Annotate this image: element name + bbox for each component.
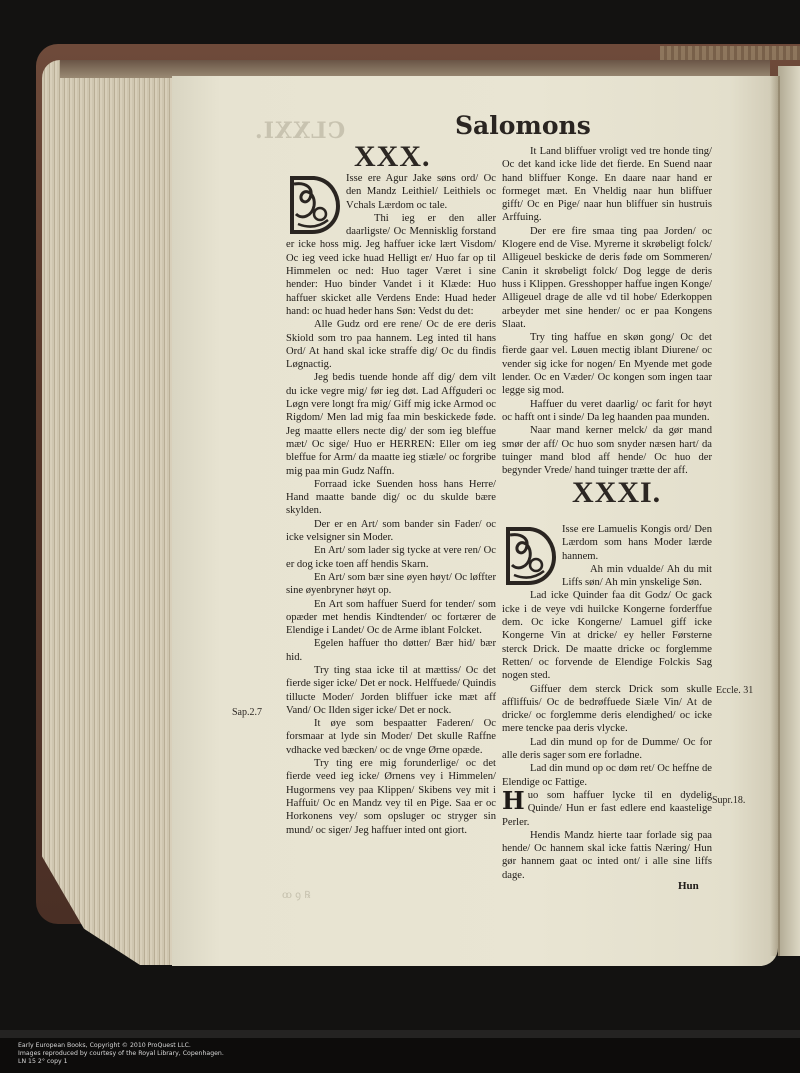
running-head: Salomons: [455, 111, 591, 140]
copyright-footer: Early European Books, Copyright © 2010 P…: [18, 1042, 224, 1066]
show-through-folio: CLXXI.: [254, 118, 345, 144]
paragraph: Try ting haffue en skøn gong/ Oc det fie…: [502, 331, 712, 397]
drop-cap-d-icon: [284, 174, 340, 236]
right-column-bottom: Isse ere Lamuelis Kongis ord/ Den Lærdom…: [502, 523, 712, 882]
catchword: Hun: [678, 880, 699, 892]
paragraph: It Land bliffuer vroligt ved tre honde t…: [502, 145, 712, 225]
ornamental-initial-d-icon: [500, 525, 556, 587]
chapter-heading-31: XXXI.: [572, 476, 661, 510]
paragraph-text: uo som haffuer lycke til en dydelig Quin…: [502, 790, 712, 828]
margin-note-supr: Supr.18.: [712, 795, 745, 806]
paragraph: Try ting staa icke til at mættiss/ Oc de…: [286, 664, 496, 717]
small-initial-h: H: [502, 790, 525, 812]
footer-line-1: Early European Books, Copyright © 2010 P…: [18, 1042, 224, 1050]
paragraph: En Art som haffuer Suerd for tender/ som…: [286, 598, 496, 638]
paragraph: It øye som bespaatter Faderen/ Oc forsma…: [286, 717, 496, 757]
paragraph: Try ting ere mig forunderlige/ oc det fi…: [286, 757, 496, 837]
drop-cap-d-icon: [500, 525, 556, 587]
gutter-shadow: [770, 76, 780, 956]
paragraph: Alle Gudz ord ere rene/ Oc de ere deris …: [286, 318, 496, 371]
paragraph: Lad din mund op for de Dumme/ Oc for all…: [502, 736, 712, 763]
paragraph: Der er en Art/ som bander sin Fader/ oc …: [286, 518, 496, 545]
paragraph: Lad icke Quinder faa dit Godz/ Oc gack i…: [502, 589, 712, 682]
paragraph: Naar mand kerner melck/ da gør mand smør…: [502, 424, 712, 477]
margin-note-sap: Sap.2.7: [232, 707, 262, 718]
footer-line-2: Images reproduced by courtesy of the Roy…: [18, 1050, 224, 1058]
facing-page-edge: [778, 66, 800, 956]
ornamental-initial-d-icon: [284, 174, 340, 236]
left-column: Isse ere Agur Jake søns ord/ Oc den Mand…: [286, 172, 496, 837]
paragraph: Hendis Mandz hierte taar forlade sig paa…: [502, 829, 712, 882]
chapter-heading-30: XXX.: [354, 140, 431, 174]
footer-strip: [0, 1030, 800, 1038]
paragraph: Der ere fire smaa ting paa Jorden/ oc Kl…: [502, 225, 712, 331]
paragraph: Forraad icke Suenden hoss hans Herre/ Ha…: [286, 478, 496, 518]
paragraph: En Art/ som lader sig tycke at vere ren/…: [286, 544, 496, 571]
cover-clasp-band: [660, 46, 800, 60]
footer-line-3: LN 15 2° copy 1: [18, 1058, 224, 1066]
paragraph: En Art/ som bær sine øyen høyt/ Oc løfft…: [286, 571, 496, 598]
margin-note-eccle: Eccle. 31: [716, 685, 753, 696]
paragraph: Huo som haffuer lycke til en dydelig Qui…: [502, 789, 712, 829]
show-through-text: ꝏ ꝯ ℞: [282, 887, 310, 901]
paragraph: Lad din mund op oc døm ret/ Oc heffne de…: [502, 762, 712, 789]
paragraph: Haffuer du veret daarlig/ oc farit for h…: [502, 398, 712, 425]
paragraph: Egelen haffuer tho døtter/ Bær hid/ bær …: [286, 637, 496, 664]
paragraph: Giffuer dem sterck Drick som skulle affl…: [502, 683, 712, 736]
paragraph: Jeg bedis tuende honde aff dig/ dem vilt…: [286, 371, 496, 477]
page-edges: [42, 60, 182, 965]
right-column-top: It Land bliffuer vroligt ved tre honde t…: [502, 145, 712, 477]
